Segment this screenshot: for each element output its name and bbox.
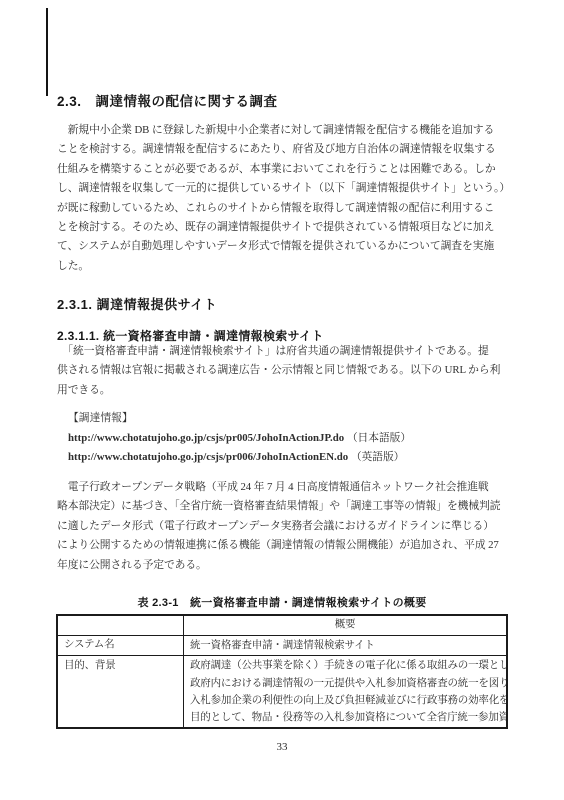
paragraph-line: 電子行政オープンデータ戦略（平成 24 年 7 月 4 日高度情報通信ネットワー… [57, 478, 509, 497]
paragraph-line: した。 [57, 257, 509, 276]
paragraph-line: 新規中小企業 DB に登録した新規中小企業者に対して調達情報を配信する機能を追加… [57, 121, 509, 140]
cell-line: 政府調達（公共事業を除く）手続きの電子化に係る取組みの一環として、 [190, 657, 500, 674]
scan-artifact-line [46, 8, 48, 96]
paragraph-line: とを検討する。そのため、既存の調達情報提供サイトで提供されている情報項目などに加… [57, 218, 509, 237]
cell-line: 統一資格審査申請・調達情報検索サイト [190, 637, 500, 654]
cell-line: 政府内における調達情報の一元提供や入札参加資格審査の統一を図り、 [190, 675, 500, 692]
paragraph-line: 年度に公開される予定である。 [57, 556, 509, 575]
row-value-purpose-background: 政府調達（公共事業を除く）手続きの電子化に係る取組みの一環として、 政府内におけ… [184, 656, 508, 729]
row-label-system-name: システム名 [57, 636, 184, 656]
table-row-purpose-background: 目的、背景 政府調達（公共事業を除く）手続きの電子化に係る取組みの一環として、 … [57, 656, 507, 729]
paragraph-line: 仕組みを構築することが必要であるが、本事業においてこれを行うことは困難である。し… [57, 160, 509, 179]
cell-line: 目的として、物品・役務等の入札参加資格について全省庁統一参加資格 [190, 709, 500, 726]
url-line-japanese: http://www.chotatujoho.go.jp/csjs/pr005/… [68, 429, 411, 449]
paragraph-line: が既に稼動しているため、これらのサイトから情報を取得して調達情報の配信に利用する… [57, 199, 509, 218]
section-heading-2-3-1: 2.3.1. 調達情報提供サイト [57, 294, 217, 313]
column-header-overview: 概要 [184, 615, 508, 636]
paragraph-line: て、システムが自動処理しやすいデータ形式で情報を提供されているかについて調査を実… [57, 237, 509, 256]
paragraph-line: 「統一資格審査申請・調達情報検索サイト」は府省共通の調達情報提供サイトである。提 [57, 342, 509, 361]
paragraph-line: に適したデータ形式（電子行政オープンデータ実務者会議におけるガイドラインに準じる… [57, 517, 509, 536]
procurement-info-label: 【調達情報】 [68, 409, 411, 429]
paragraph-line: により公開するための情報連携に係る機能（調達情報の情報公開機能）が追加され、平成… [57, 536, 509, 555]
paragraph-line: ことを検討する。調達情報を配信するにあたり、府省及び地方自治体の調達情報を収集す… [57, 140, 509, 159]
paragraph-line: 略本部決定）に基づき、「全省庁統一資格審査結果情報」や「調達工事等の情報」を機械… [57, 497, 509, 516]
section-heading-2-3: 2.3. 調達情報の配信に関する調査 [57, 90, 278, 110]
paragraph-site-description: 「統一資格審査申請・調達情報検索サイト」は府省共通の調達情報提供サイトである。提… [57, 342, 509, 400]
table-row-system-name: システム名 統一資格審査申請・調達情報検索サイト [57, 636, 507, 656]
paragraph-line: し、調達情報を収集して一元的に提供しているサイト（以下「調達情報提供サイト」とい… [57, 179, 509, 198]
cell-line: 入札参加企業の利便性の向上及び負担軽減並びに行政事務の効率化を [190, 692, 500, 709]
table-header-row: 概要 [57, 615, 507, 636]
row-label-purpose-background: 目的、背景 [57, 656, 184, 729]
page-number: 33 [0, 741, 564, 753]
procurement-info-block: 【調達情報】 http://www.chotatujoho.go.jp/csjs… [68, 409, 411, 468]
paragraph-procurement-overview: 新規中小企業 DB に登録した新規中小企業者に対して調達情報を配信する機能を追加… [57, 121, 509, 276]
table-caption: 表 2.3-1 統一資格審査申請・調達情報検索サイトの概要 [0, 594, 564, 610]
url-english-note: （英語版） [351, 451, 404, 463]
paragraph-open-data-strategy: 電子行政オープンデータ戦略（平成 24 年 7 月 4 日高度情報通信ネットワー… [57, 478, 509, 575]
paragraph-line: 供される情報は官報に掲載される調達広告・公示情報と同じ情報である。以下の URL… [57, 361, 509, 380]
url-japanese: http://www.chotatujoho.go.jp/csjs/pr005/… [68, 432, 344, 444]
row-value-system-name: 統一資格審査申請・調達情報検索サイト [184, 636, 508, 656]
column-header-empty [57, 615, 184, 636]
url-line-english: http://www.chotatujoho.go.jp/csjs/pr006/… [68, 448, 411, 468]
document-page: 2.3. 調達情報の配信に関する調査 新規中小企業 DB に登録した新規中小企業… [0, 0, 564, 800]
url-english: http://www.chotatujoho.go.jp/csjs/pr006/… [68, 451, 348, 463]
url-japanese-note: （日本語版） [347, 432, 411, 444]
paragraph-line: 用できる。 [57, 381, 509, 400]
overview-table: 概要 システム名 統一資格審査申請・調達情報検索サイト 目的、背景 政府調達（公… [56, 614, 508, 729]
